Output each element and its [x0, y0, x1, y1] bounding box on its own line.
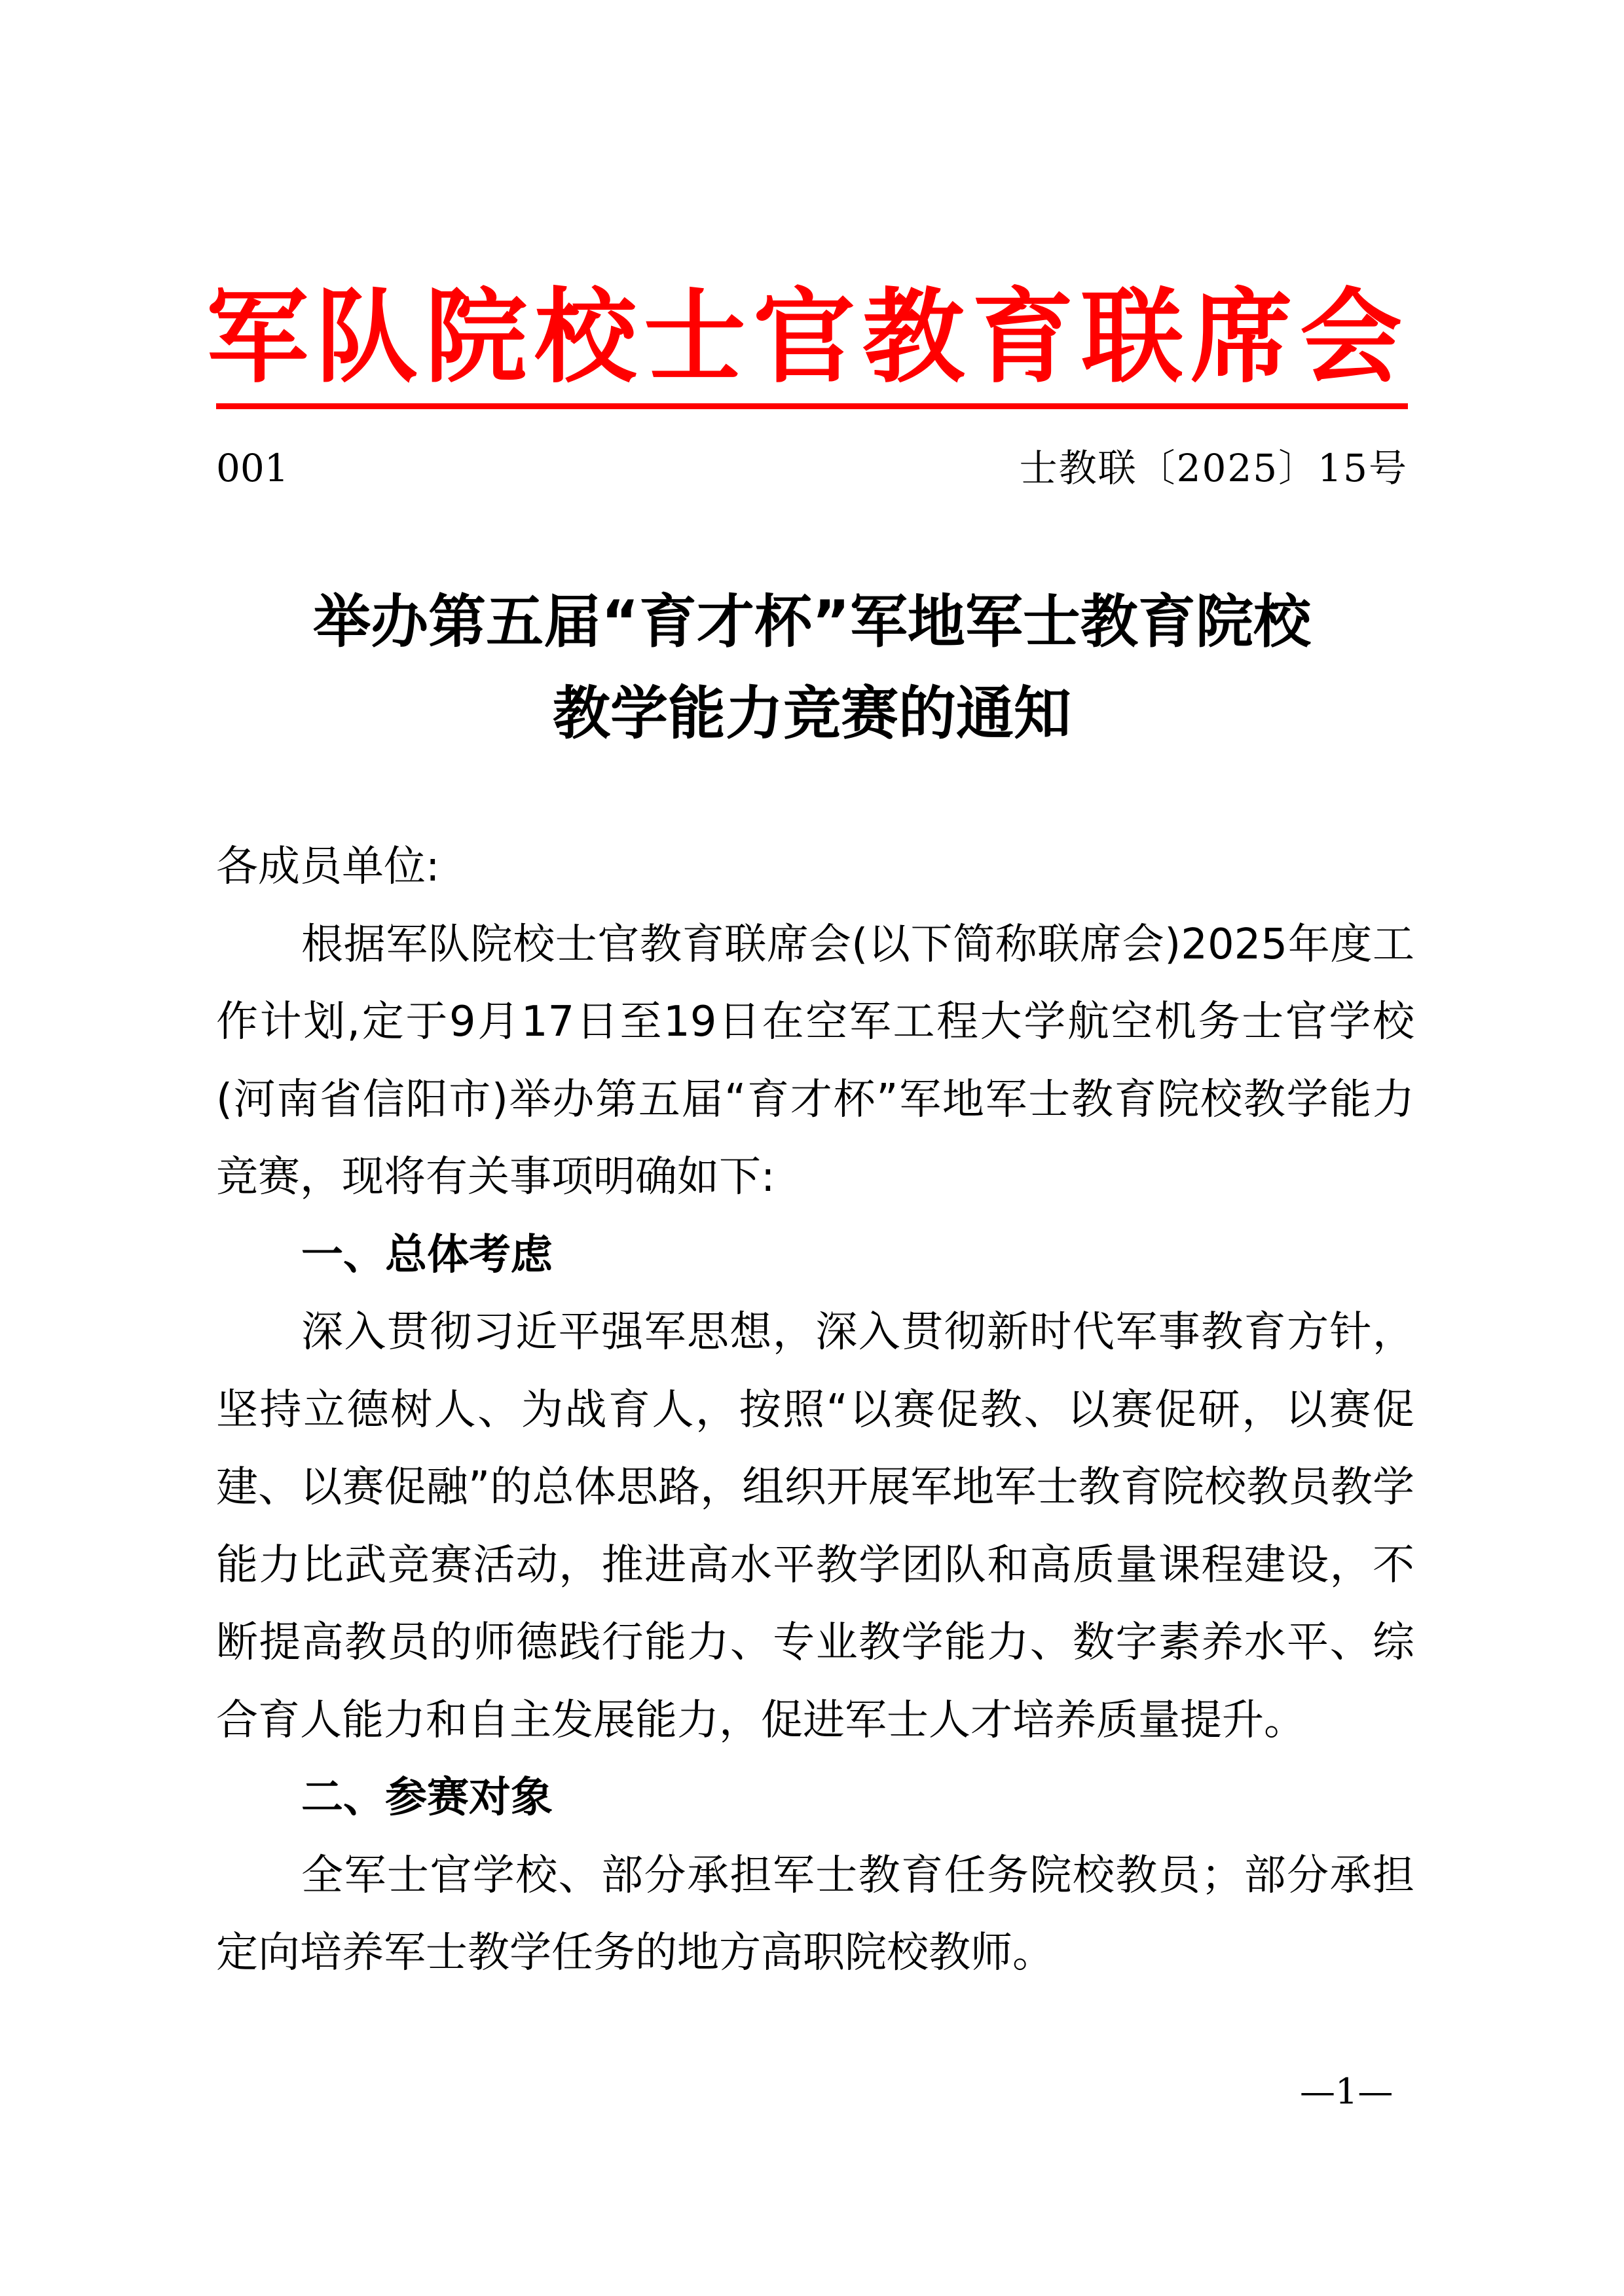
document-body: 各成员单位: 根据军队院校士官教育联席会(以下简称联席会)2025年度工作计划,…: [216, 828, 1414, 1992]
document-number: 士教联〔2025〕15号: [1020, 445, 1408, 491]
section-paragraph-2: 全军士官学校、部分承担军士教育任务院校教员；部分承担定向培养军士教学任务的地方高…: [216, 1837, 1414, 1992]
section-heading-1: 一、总体考虑: [216, 1216, 1414, 1294]
document-serial: 001: [216, 445, 289, 491]
title-line-2: 教学能力竞赛的通知: [216, 668, 1408, 759]
section-heading-2: 二、参赛对象: [216, 1759, 1414, 1837]
document-title: 举办第五届“育才杯”军地军士教育院校 教学能力竞赛的通知: [216, 576, 1408, 759]
title-line-1: 举办第五届“育才杯”军地军士教育院校: [216, 576, 1408, 668]
masthead-organization: 军队院校士官教育联席会: [206, 282, 1405, 393]
intro-paragraph: 根据军队院校士官教育联席会(以下简称联席会)2025年度工作计划,定于9月17日…: [216, 906, 1414, 1216]
section-paragraph-1: 深入贯彻习近平强军思想，深入贯彻新时代军事教育方针，坚持立德树人、为战育人，按照…: [216, 1294, 1414, 1759]
red-divider-rule: [216, 403, 1408, 409]
document-page: 军队院校士官教育联席会 001 士教联〔2025〕15号 举办第五届“育才杯”军…: [0, 0, 1624, 2296]
page-number: —1—: [1300, 2072, 1393, 2111]
salutation: 各成员单位:: [216, 828, 1414, 906]
